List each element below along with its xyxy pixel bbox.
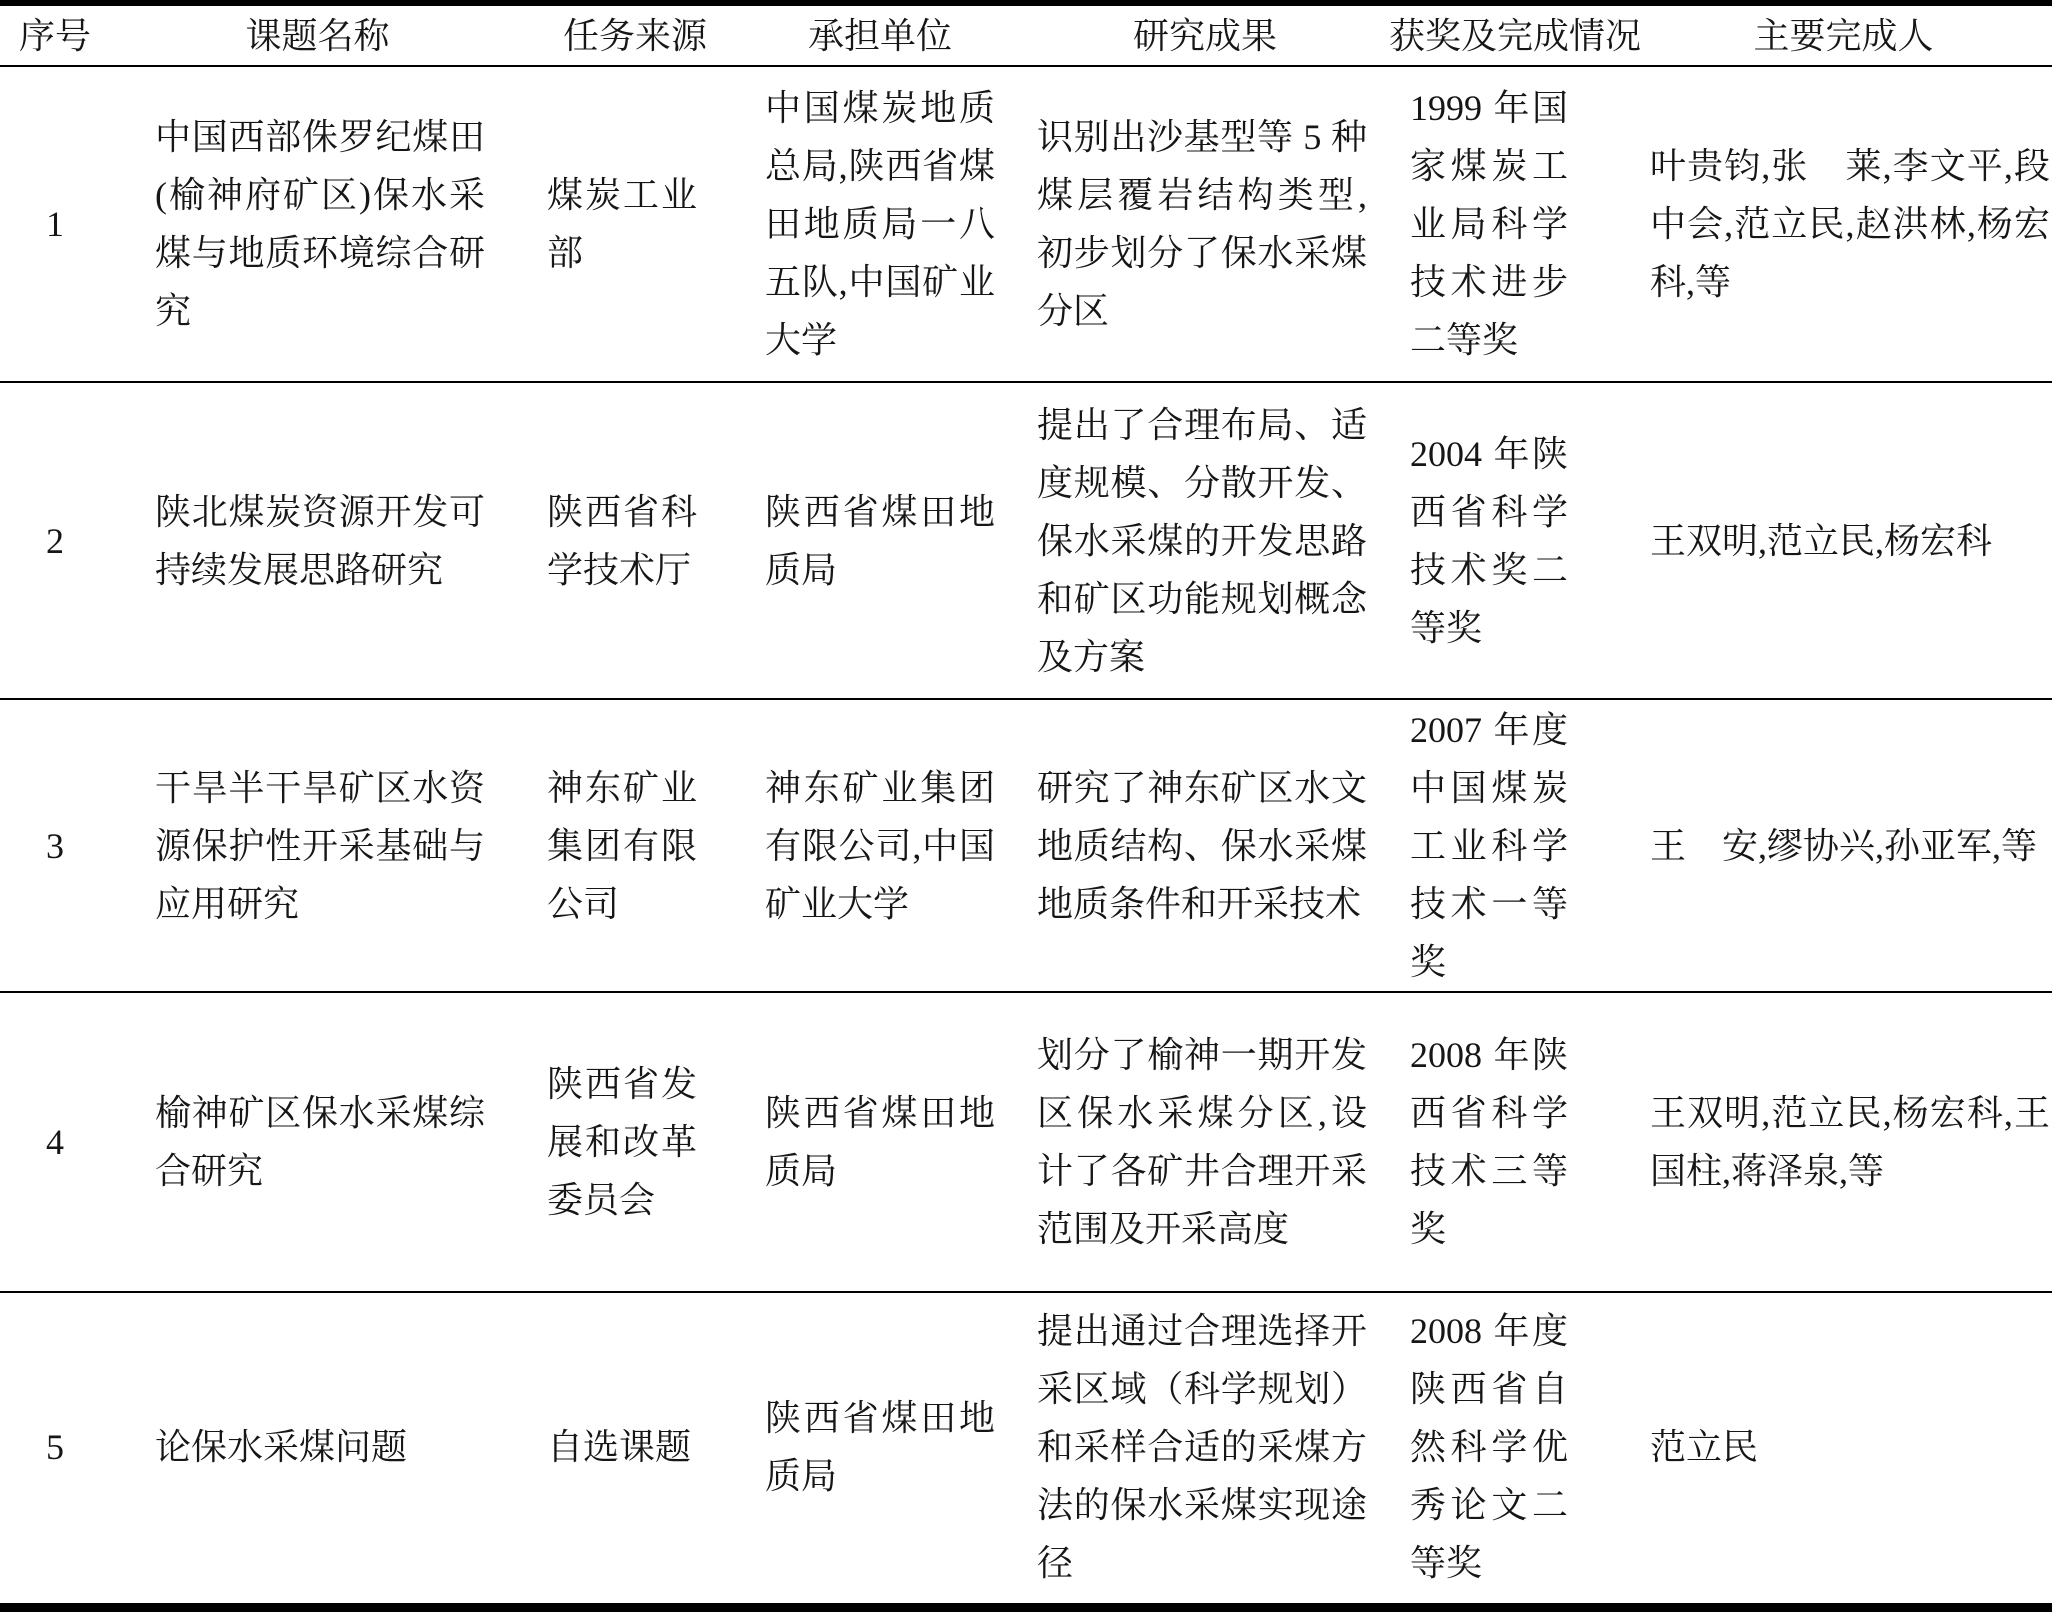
- project-title: 中国西部侏罗纪煤田(榆神府矿区)保水采煤与地质环境综合研究: [155, 108, 485, 340]
- award-status: 2007 年度中国煤炭工业科学技术一等奖: [1410, 701, 1568, 991]
- cell-undertaking-unit: 陕西省煤田地质局: [745, 1293, 1015, 1601]
- cell-task-source: 煤炭工业部: [525, 67, 745, 381]
- cell-award-status: 2004 年陕西省科学技术奖二等奖: [1395, 383, 1635, 698]
- header-cell-completers: 主要完成人: [1635, 6, 2052, 65]
- cell-main-completers: 王双明,范立民,杨宏科: [1635, 383, 2052, 698]
- cell-research-results: 提出了合理布局、适度规模、分散开发、保水采煤的开发思路和矿区功能规划概念及方案: [1015, 383, 1395, 698]
- undertaking-unit: 神东矿业集团有限公司,中国矿业大学: [765, 759, 995, 933]
- serial-number: 4: [0, 1113, 110, 1171]
- cell-award-status: 1999 年国家煤炭工业局科学技术进步二等奖: [1395, 67, 1635, 381]
- table-row: 3 干旱半干旱矿区水资源保护性开采基础与应用研究 神东矿业集团有限公司 神东矿业…: [0, 700, 2052, 993]
- cell-research-results: 识别出沙基型等 5 种煤层覆岩结构类型,初步划分了保水采煤分区: [1015, 67, 1395, 381]
- project-title: 陕北煤炭资源开发可持续发展思路研究: [155, 483, 485, 599]
- cell-research-results: 提出通过合理选择开采区域（科学规划）和采样合适的采煤方法的保水采煤实现途径: [1015, 1293, 1395, 1601]
- table-row: 2 陕北煤炭资源开发可持续发展思路研究 陕西省科学技术厅 陕西省煤田地质局 提出…: [0, 383, 2052, 700]
- cell-project-title: 论保水采煤问题: [110, 1293, 525, 1601]
- cell-undertaking-unit: 神东矿业集团有限公司,中国矿业大学: [745, 700, 1015, 991]
- main-completers: 王双明,范立民,杨宏科,王国柱,蒋泽泉,等: [1650, 1084, 2050, 1200]
- cell-award-status: 2008 年度陕西省自然科学优秀论文二等奖: [1395, 1293, 1635, 1601]
- task-source: 神东矿业集团有限公司: [547, 759, 697, 933]
- cell-project-title: 干旱半干旱矿区水资源保护性开采基础与应用研究: [110, 700, 525, 991]
- header-cell-award: 获奖及完成情况: [1395, 6, 1635, 65]
- project-title: 论保水采煤问题: [155, 1418, 485, 1476]
- cell-project-title: 陕北煤炭资源开发可持续发展思路研究: [110, 383, 525, 698]
- serial-number: 1: [0, 195, 110, 253]
- research-results: 研究了神东矿区水文地质结构、保水采煤地质条件和开采技术: [1037, 759, 1367, 933]
- main-completers: 王 安,缪协兴,孙亚军,等: [1650, 817, 2050, 875]
- header-cell-undertaker: 承担单位: [745, 6, 1015, 65]
- cell-undertaking-unit: 陕西省煤田地质局: [745, 383, 1015, 698]
- table-row: 5 论保水采煤问题 自选课题 陕西省煤田地质局 提出通过合理选择开采区域（科学规…: [0, 1293, 2052, 1601]
- task-source: 煤炭工业部: [547, 166, 697, 282]
- header-cell-source: 任务来源: [525, 6, 745, 65]
- cell-serial: 2: [0, 383, 110, 698]
- header-cell-title: 课题名称: [110, 6, 525, 65]
- cell-project-title: 榆神矿区保水采煤综合研究: [110, 993, 525, 1291]
- undertaking-unit: 陕西省煤田地质局: [765, 1084, 995, 1200]
- cell-main-completers: 王双明,范立民,杨宏科,王国柱,蒋泽泉,等: [1635, 993, 2052, 1291]
- award-status: 2008 年陕西省科学技术三等奖: [1410, 1026, 1568, 1258]
- cell-task-source: 陕西省发展和改革委员会: [525, 993, 745, 1291]
- undertaking-unit: 陕西省煤田地质局: [765, 1389, 995, 1505]
- serial-number: 3: [0, 817, 110, 875]
- cell-serial: 3: [0, 700, 110, 991]
- header-cell-serial: 序号: [0, 6, 110, 65]
- cell-serial: 4: [0, 993, 110, 1291]
- cell-undertaking-unit: 中国煤炭地质总局,陕西省煤田地质局一八五队,中国矿业大学: [745, 67, 1015, 381]
- header-cell-results: 研究成果: [1015, 6, 1395, 65]
- research-results: 提出了合理布局、适度规模、分散开发、保水采煤的开发思路和矿区功能规划概念及方案: [1037, 396, 1367, 686]
- serial-number: 5: [0, 1418, 110, 1476]
- cell-serial: 5: [0, 1293, 110, 1601]
- main-completers: 王双明,范立民,杨宏科: [1650, 512, 2050, 570]
- cell-research-results: 研究了神东矿区水文地质结构、保水采煤地质条件和开采技术: [1015, 700, 1395, 991]
- task-source: 陕西省科学技术厅: [547, 483, 697, 599]
- cell-main-completers: 范立民: [1635, 1293, 2052, 1601]
- table-row: 4 榆神矿区保水采煤综合研究 陕西省发展和改革委员会 陕西省煤田地质局 划分了榆…: [0, 993, 2052, 1293]
- research-results: 划分了榆神一期开发区保水采煤分区,设计了各矿井合理开采范围及开采高度: [1037, 1026, 1367, 1258]
- undertaking-unit: 中国煤炭地质总局,陕西省煤田地质局一八五队,中国矿业大学: [765, 79, 995, 369]
- main-completers: 范立民: [1650, 1418, 2050, 1476]
- research-results: 识别出沙基型等 5 种煤层覆岩结构类型,初步划分了保水采煤分区: [1037, 108, 1367, 340]
- task-source: 自选课题: [547, 1418, 697, 1476]
- cell-award-status: 2007 年度中国煤炭工业科学技术一等奖: [1395, 700, 1635, 991]
- table-row: 1 中国西部侏罗纪煤田(榆神府矿区)保水采煤与地质环境综合研究 煤炭工业部 中国…: [0, 67, 2052, 383]
- cell-main-completers: 王 安,缪协兴,孙亚军,等: [1635, 700, 2052, 991]
- research-results: 提出通过合理选择开采区域（科学规划）和采样合适的采煤方法的保水采煤实现途径: [1037, 1302, 1367, 1592]
- cell-task-source: 自选课题: [525, 1293, 745, 1601]
- cell-project-title: 中国西部侏罗纪煤田(榆神府矿区)保水采煤与地质环境综合研究: [110, 67, 525, 381]
- cell-task-source: 神东矿业集团有限公司: [525, 700, 745, 991]
- award-status: 1999 年国家煤炭工业局科学技术进步二等奖: [1410, 79, 1568, 369]
- cell-research-results: 划分了榆神一期开发区保水采煤分区,设计了各矿井合理开采范围及开采高度: [1015, 993, 1395, 1291]
- award-status: 2008 年度陕西省自然科学优秀论文二等奖: [1410, 1302, 1568, 1592]
- cell-main-completers: 叶贵钧,张 莱,李文平,段中会,范立民,赵洪林,杨宏科,等: [1635, 67, 2052, 381]
- project-title: 榆神矿区保水采煤综合研究: [155, 1084, 485, 1200]
- table-header-row: 序号 课题名称 任务来源 承担单位 研究成果 获奖及完成情况 主要完成人: [0, 6, 2052, 67]
- cell-undertaking-unit: 陕西省煤田地质局: [745, 993, 1015, 1291]
- task-source: 陕西省发展和改革委员会: [547, 1055, 697, 1229]
- serial-number: 2: [0, 512, 110, 570]
- cell-serial: 1: [0, 67, 110, 381]
- award-status: 2004 年陕西省科学技术奖二等奖: [1410, 425, 1568, 657]
- project-title: 干旱半干旱矿区水资源保护性开采基础与应用研究: [155, 759, 485, 933]
- cell-award-status: 2008 年陕西省科学技术三等奖: [1395, 993, 1635, 1291]
- cell-task-source: 陕西省科学技术厅: [525, 383, 745, 698]
- undertaking-unit: 陕西省煤田地质局: [765, 483, 995, 599]
- main-completers: 叶贵钧,张 莱,李文平,段中会,范立民,赵洪林,杨宏科,等: [1650, 137, 2050, 311]
- research-projects-table: 序号 课题名称 任务来源 承担单位 研究成果 获奖及完成情况 主要完成人 1 中…: [0, 0, 2052, 1612]
